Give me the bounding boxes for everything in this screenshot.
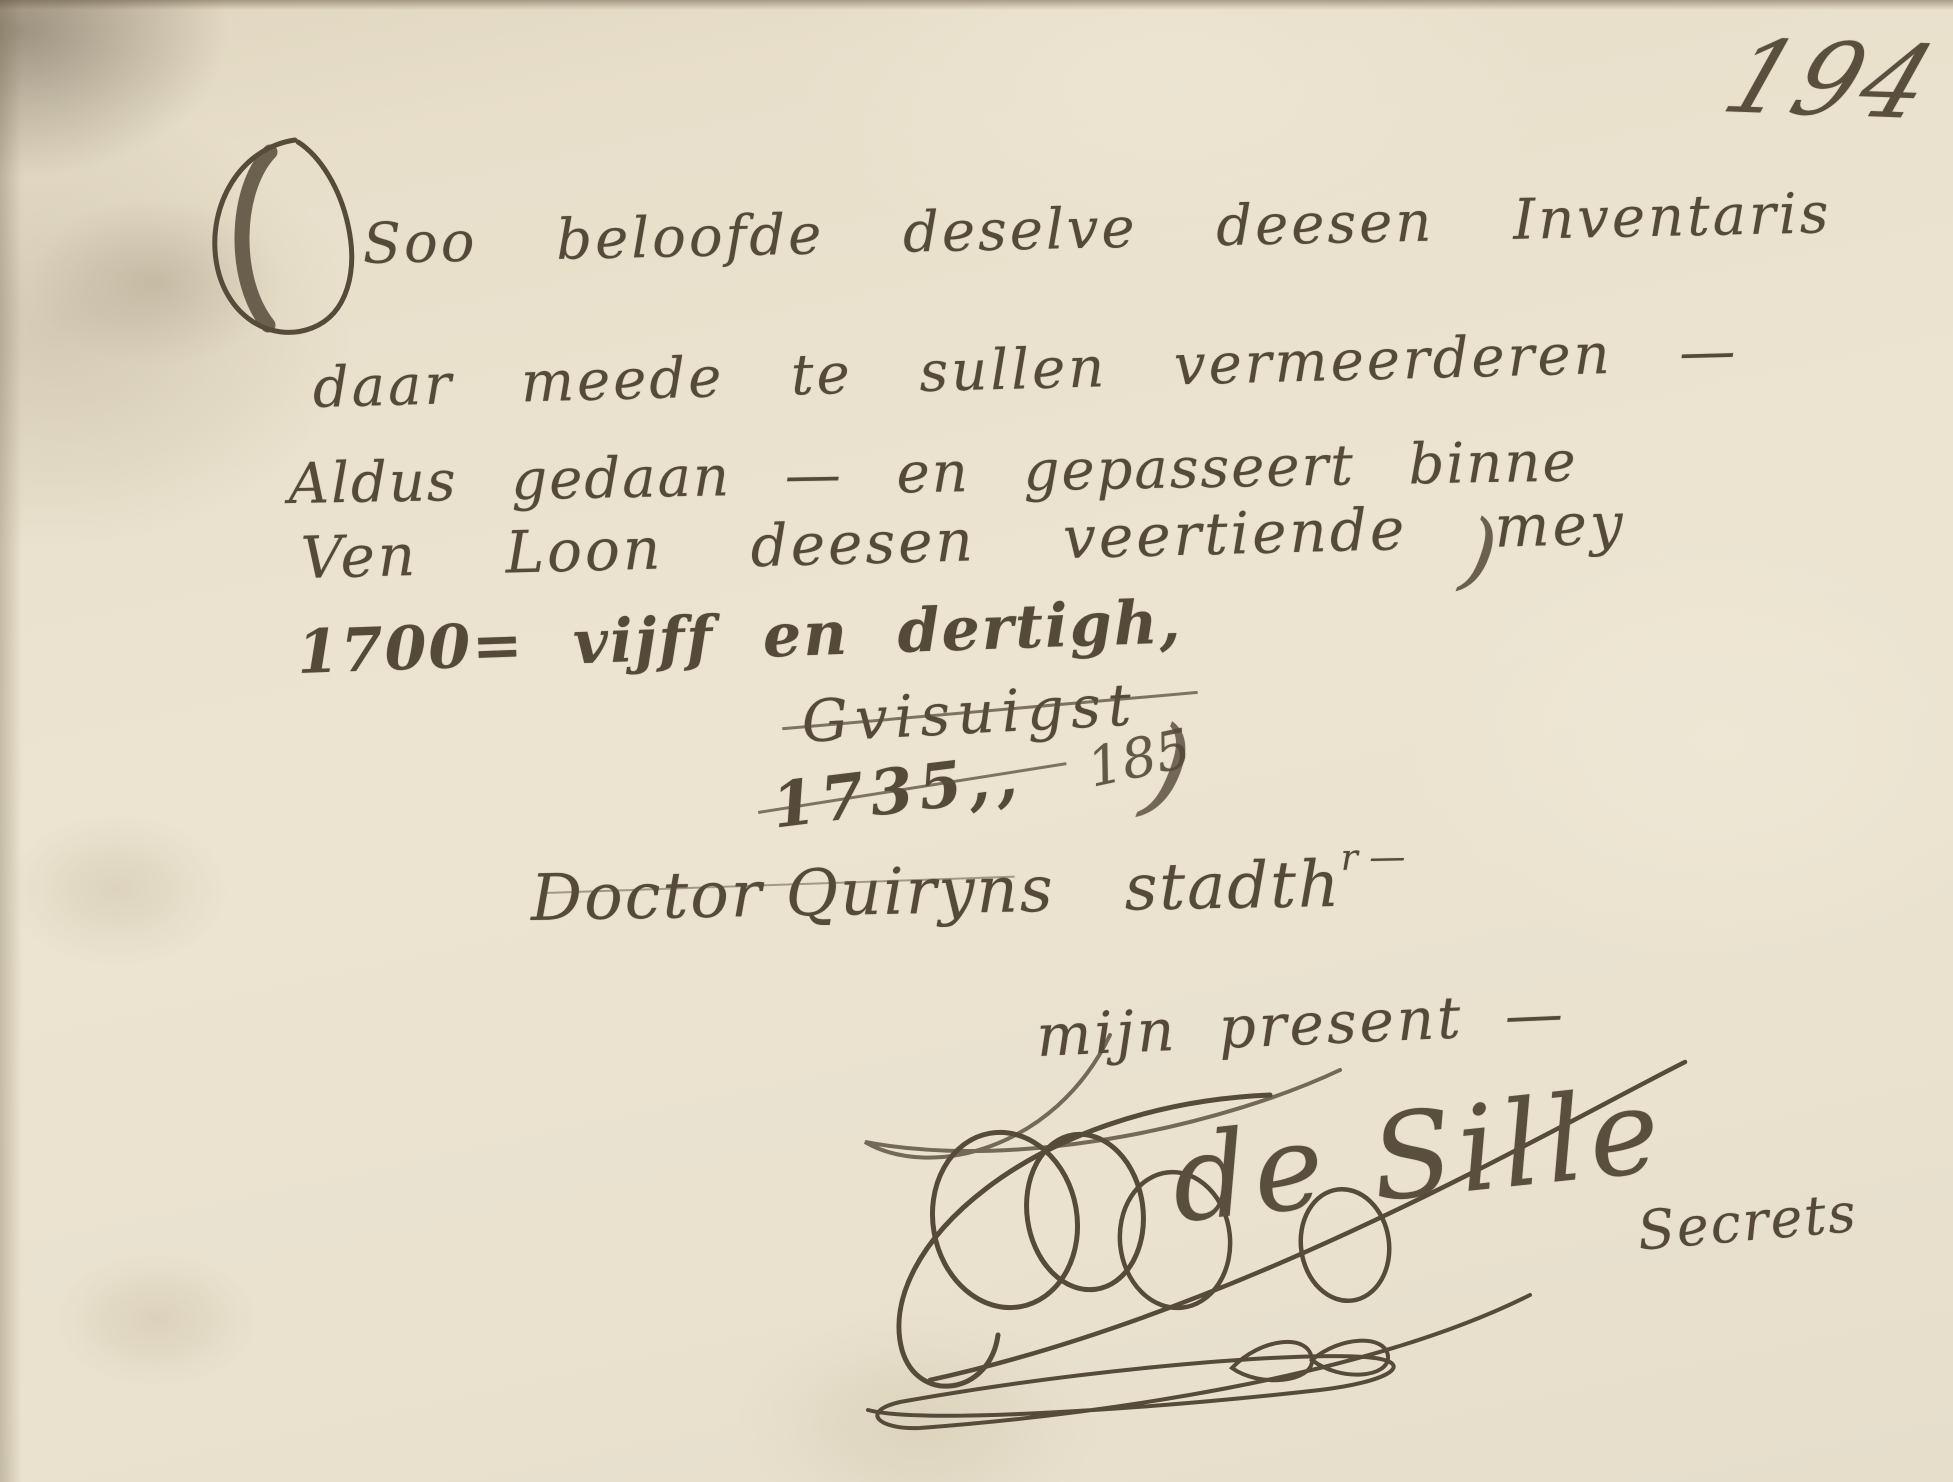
official-signature-line: Doctor Quirynsstadthr — bbox=[530, 837, 1406, 936]
text-line-2: daar meede te sullen vermeerderen — bbox=[312, 319, 1739, 421]
text-line-5-year: 1700= vijff en dertigh, bbox=[296, 587, 1183, 688]
text-line-1: Soo beloofde deselve deesen Inventaris bbox=[362, 181, 1832, 277]
official-title: stadth bbox=[1124, 848, 1342, 926]
ornamental-initial-flourish bbox=[200, 130, 360, 350]
official-signature-name: Doctor Quiryns bbox=[530, 853, 1055, 936]
official-title-superscript: r — bbox=[1340, 837, 1405, 879]
page-number: 194 bbox=[1710, 18, 1953, 142]
manuscript-page: 194 Soo beloofde deselve deesen Inventar… bbox=[0, 0, 1953, 1482]
